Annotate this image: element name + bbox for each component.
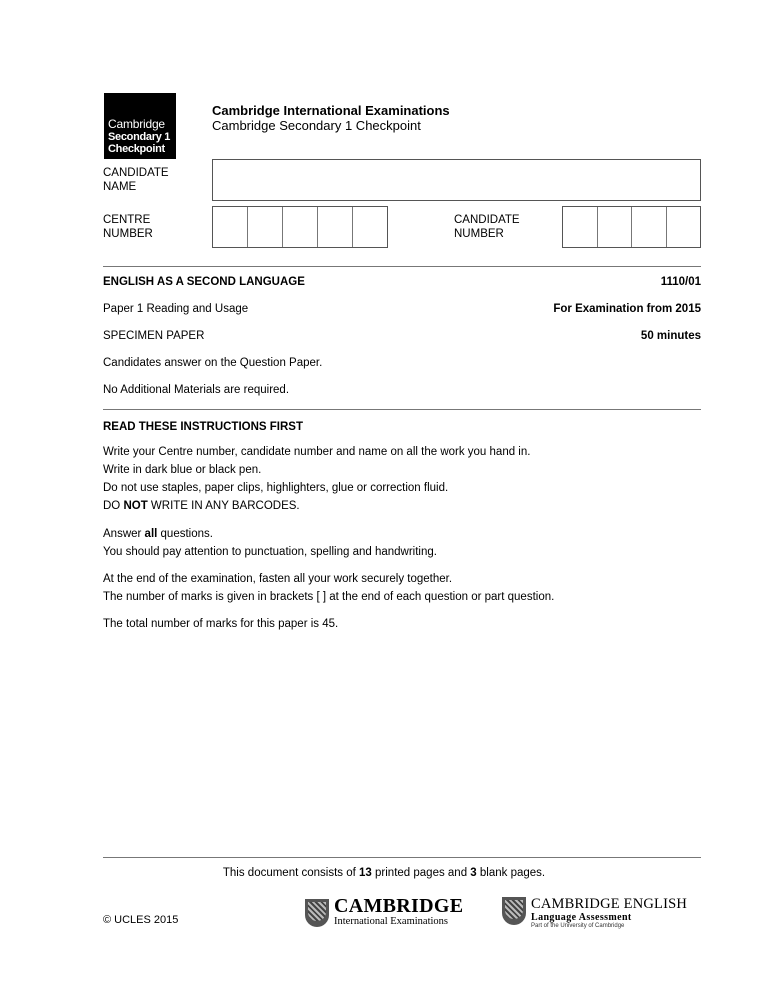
instruction-line: DO NOT WRITE IN ANY BARCODES. — [103, 499, 300, 513]
total-marks-line: The total number of marks for this paper… — [103, 617, 338, 631]
materials-note: No Additional Materials are required. — [103, 383, 289, 397]
footer-divider — [103, 857, 701, 858]
instruction-emphasis: all — [145, 528, 158, 540]
centre-number-cell[interactable] — [353, 207, 387, 247]
candidate-name-field[interactable] — [212, 159, 701, 201]
duration: 50 minutes — [641, 329, 701, 343]
copyright: © UCLES 2015 — [103, 914, 178, 927]
centre-number-label-line-1: CENTRE — [103, 213, 153, 227]
divider — [103, 266, 701, 267]
candidate-name-label-line-1: CANDIDATE — [103, 166, 169, 180]
paper-type: SPECIMEN PAPER — [103, 329, 204, 343]
centre-number-label-line-2: NUMBER — [103, 227, 153, 241]
exam-from: For Examination from 2015 — [553, 302, 701, 316]
centre-number-label: CENTRE NUMBER — [103, 213, 153, 241]
candidate-number-label-line-2: NUMBER — [454, 227, 520, 241]
logo-line-1: Cambridge — [108, 118, 165, 131]
candidate-number-label: CANDIDATE NUMBER — [454, 213, 520, 241]
instruction-text: Answer — [103, 528, 145, 540]
instruction-line: You should pay attention to punctuation,… — [103, 545, 437, 559]
instruction-line: Write in dark blue or black pen. — [103, 463, 261, 477]
ce-logo-tagline: Part of the University of Cambridge — [531, 923, 624, 930]
cambridge-crest-icon — [305, 899, 329, 927]
candidate-number-label-line-1: CANDIDATE — [454, 213, 520, 227]
instruction-text: DO — [103, 500, 123, 512]
subject-title: ENGLISH AS A SECOND LANGUAGE — [103, 275, 305, 289]
candidate-number-cell[interactable] — [563, 207, 598, 247]
centre-number-field — [212, 206, 388, 248]
centre-number-cell[interactable] — [318, 207, 353, 247]
cie-logo-name: CAMBRIDGE — [334, 896, 463, 916]
cambridge-english-crest-icon — [502, 897, 526, 925]
centre-number-cell[interactable] — [248, 207, 283, 247]
ce-logo-name: CAMBRIDGE ENGLISH — [531, 897, 687, 912]
subject-row: ENGLISH AS A SECOND LANGUAGE 1110/01 — [103, 275, 701, 289]
instruction-line: At the end of the examination, fasten al… — [103, 572, 452, 586]
candidate-number-cell[interactable] — [667, 207, 701, 247]
instructions-heading: READ THESE INSTRUCTIONS FIRST — [103, 420, 303, 434]
candidate-number-field — [562, 206, 701, 248]
instruction-line: Do not use staples, paper clips, highlig… — [103, 481, 448, 495]
page-count-note: This document consists of 13 printed pag… — [0, 866, 768, 880]
candidate-name-label-line-2: NAME — [103, 180, 169, 194]
paper-name: Paper 1 Reading and Usage — [103, 302, 248, 316]
paper-row: Paper 1 Reading and Usage For Examinatio… — [103, 302, 701, 316]
checkpoint-logo: Cambridge Secondary 1 Checkpoint — [104, 93, 176, 159]
instruction-text: questions. — [157, 528, 213, 540]
page-count-text: printed pages and — [372, 867, 470, 879]
page-count-text: This document consists of — [223, 867, 359, 879]
candidate-number-cell[interactable] — [632, 207, 667, 247]
cie-logo-subtitle: International Examinations — [334, 916, 448, 928]
candidate-number-cell[interactable] — [598, 207, 633, 247]
programme-title: Cambridge Secondary 1 Checkpoint — [212, 118, 421, 133]
paper-code: 1110/01 — [661, 275, 701, 289]
candidate-name-label: CANDIDATE NAME — [103, 166, 169, 194]
type-row: SPECIMEN PAPER 50 minutes — [103, 329, 701, 343]
printed-pages-count: 13 — [359, 867, 372, 879]
ce-logo-subtitle: Language Assessment — [531, 912, 632, 923]
instruction-line: Answer all questions. — [103, 527, 213, 541]
answer-note: Candidates answer on the Question Paper. — [103, 356, 322, 370]
instruction-text: WRITE IN ANY BARCODES. — [148, 500, 300, 512]
instruction-emphasis: NOT — [123, 500, 147, 512]
centre-number-cell[interactable] — [283, 207, 318, 247]
instruction-line: The number of marks is given in brackets… — [103, 590, 554, 604]
divider — [103, 409, 701, 410]
page-count-text: blank pages. — [477, 867, 545, 879]
centre-number-cell[interactable] — [213, 207, 248, 247]
logo-line-3: Checkpoint — [108, 143, 165, 156]
instruction-line: Write your Centre number, candidate numb… — [103, 445, 530, 459]
exam-board-title: Cambridge International Examinations — [212, 103, 450, 118]
